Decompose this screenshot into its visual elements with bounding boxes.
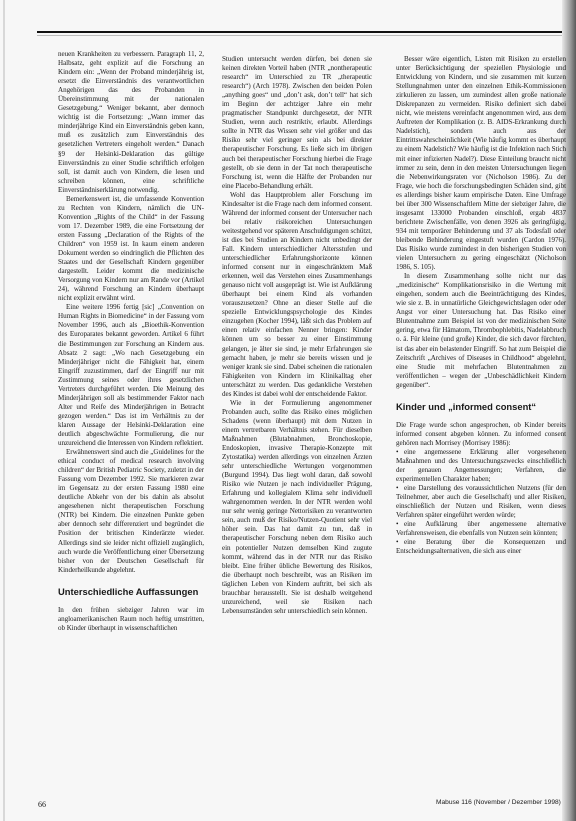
paragraph: In den frühen siebziger Jahren war im an… — [58, 606, 204, 633]
list-item: •eine Aufklärung über angemessene altern… — [396, 520, 566, 538]
page-number: 66 — [38, 800, 46, 809]
paragraph: Erwähnenswert sind auch die „Guidelines … — [58, 448, 204, 575]
column-2: Studien untersucht werden dürfen, bei de… — [222, 55, 372, 616]
top-rule-secondary — [37, 35, 562, 36]
list-item: •eine Darstellung des voraussichtlichen … — [396, 484, 566, 520]
bullet-icon: • — [396, 484, 404, 493]
list-item: •eine Beratung über die Konsequenzen und… — [396, 538, 566, 556]
column-1: neuen Krankheiten zu verbessern. Paragra… — [58, 50, 204, 633]
paragraph: Wie in der Formulierung angenommener Pro… — [222, 399, 372, 616]
bullet-icon: • — [396, 520, 404, 529]
paragraph: Bemerkenswert ist, die umfassende Konven… — [58, 195, 204, 304]
section-heading: Kinder und „informed consent“ — [396, 401, 566, 413]
bullet-icon: • — [396, 448, 404, 457]
paragraph: In diesem Zusammenhang sollte nicht nur … — [396, 272, 566, 390]
paragraph: neuen Krankheiten zu verbessern. Paragra… — [58, 50, 204, 195]
scanned-page: neuen Krankheiten zu verbessern. Paragra… — [0, 0, 576, 821]
column-3: Besser wäre eigentlich, Listen mit Risik… — [396, 55, 566, 556]
paragraph: Eine weitere 1996 fertig [sic] „Conventi… — [58, 303, 204, 448]
list-item: •eine angemessene Erklärung aller vorges… — [396, 448, 566, 484]
paragraph: Die Frage wurde schon angesprochen, ob K… — [396, 421, 566, 448]
bullet-icon: • — [396, 538, 404, 547]
page-left-edge — [3, 0, 5, 821]
paragraph: Besser wäre eigentlich, Listen mit Risik… — [396, 55, 566, 272]
page-footer: Mabuse 116 (November / Dezember 1998) — [436, 799, 561, 806]
paragraph: Studien untersucht werden dürfen, bei de… — [222, 55, 372, 191]
section-heading: Unterschiedliche Auffassungen — [58, 586, 204, 598]
paragraph: Wohl das Hauptproblem aller Forschung im… — [222, 191, 372, 399]
top-rule — [37, 31, 562, 33]
